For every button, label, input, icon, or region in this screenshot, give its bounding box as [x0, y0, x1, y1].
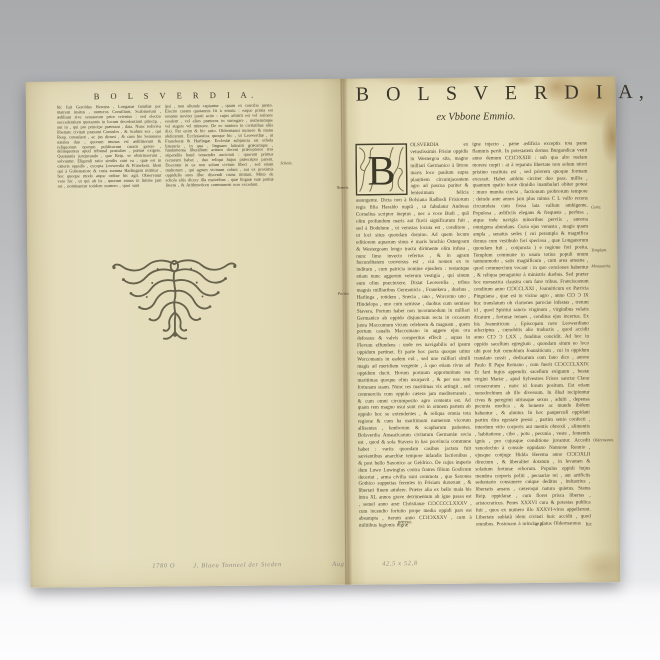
- woodcut-initial-icon: B: [355, 143, 407, 195]
- tailpiece-ornament-icon: [109, 254, 240, 347]
- paper-sheet: B O L S V E R D I A. hic fuit Geroldus H…: [26, 76, 621, 588]
- margin-note-portus: Portus.: [338, 292, 350, 297]
- pencil-annotation-size: 42,5 x 52,8: [382, 560, 418, 568]
- pencil-annotation-title: J. Blaeu Tonneel der Steden: [193, 561, 282, 569]
- left-page-column-1: hic fuit Geroldus Herema , Longanæ famil…: [57, 105, 162, 247]
- margin-note-templum: Templum.: [591, 248, 615, 253]
- pencil-annotation-month: Aug: [332, 561, 344, 568]
- column-1-catchword: pressa.: [398, 520, 412, 525]
- photo-background: B O L S V E R D I A. hic fuit Geroldus H…: [0, 0, 660, 660]
- margin-note-monasteria: Monasteria.: [591, 264, 613, 269]
- left-page-heading: B O L S V E R D I A.: [76, 89, 276, 101]
- center-fold: [341, 79, 347, 585]
- pencil-annotation-date: 1780 O: [152, 562, 175, 569]
- drop-cap-letter: B: [367, 148, 395, 194]
- right-page-column-1: B OLSVERDIA ex vetustissimis Frisiæ oppi…: [355, 142, 472, 597]
- right-page-column-2: igne injecto , pæne ædificia exceptis to…: [472, 140, 591, 525]
- margin-note-nomen: Nomen.: [337, 186, 350, 191]
- left-page-margin-note: Schola.: [280, 161, 292, 166]
- signature-mark: v. B: [535, 523, 543, 528]
- margin-note-oldermanni: Oldermanni.: [593, 438, 617, 443]
- left-page-column-2: ipsi , non aliunde capiantur , quam ex c…: [165, 103, 274, 245]
- margin-note-curia: Curia.: [591, 205, 615, 210]
- right-page-subheading: ex Vbbone Emmio.: [356, 110, 596, 123]
- page-catchword: hic: [586, 522, 592, 527]
- right-page-column-1-text: OLSVERDIA ex vetustissimis Frisiæ oppidi…: [356, 142, 472, 529]
- right-page-heading: B O L S V E R D I A,: [356, 81, 596, 106]
